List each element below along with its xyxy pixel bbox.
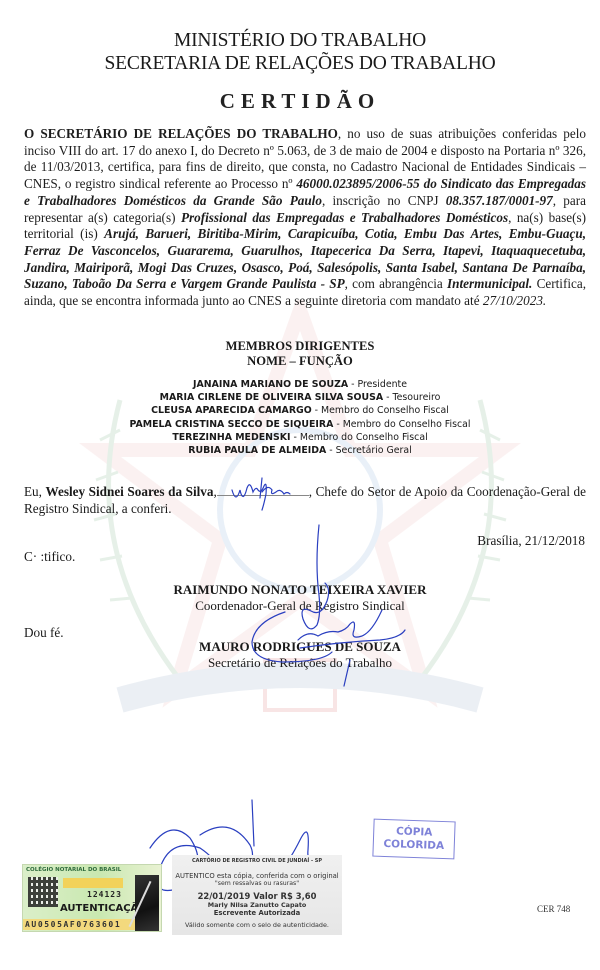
signer-2-name: MAURO RODRIGUES DE SOUZA [0,639,600,655]
member-name: JANAINA MARIANO DE SOUZA [193,379,348,390]
notary-header: CARTÓRIO DE REGISTRO CIVIL DE JUNDIAÍ - … [172,858,342,864]
notary-footer: Válido somente com o selo de autenticida… [172,921,342,929]
member-row: JANAINA MARIANO DE SOUZA - Presidente [0,378,600,391]
signer-1-role: Coordenador-Geral de Registro Sindical [0,598,600,614]
member-name: CLEUSA APARECIDA CAMARGO [151,405,312,416]
verifier-signature-line [217,483,309,496]
member-role: - Membro do Conselho Fiscal [333,419,470,430]
certifico-text: C· :tifico. [24,549,75,565]
member-role: - Tesoureiro [383,392,440,403]
member-name: RUBIA PAULA DE ALMEIDA [188,445,326,456]
member-row: TEREZINHA MEDENSKI - Membro do Conselho … [0,431,600,444]
member-role: - Membro do Conselho Fiscal [312,405,449,416]
seal-banner [63,878,123,888]
place-date: Brasília, 21/12/2018 [477,533,585,549]
cnpj: 08.357.187/0001-97 [446,193,553,208]
authentication-seal: COLÉGIO NOTARIAL DO BRASIL 124123 AUTENT… [22,864,162,932]
document-title: CERTIDÃO [0,89,600,114]
copy-color-stamp: CÓPIA COLORIDA [372,819,455,860]
verification-statement: Eu, Wesley Sidnei Soares da Silva,, Chef… [24,483,586,517]
verification-prefix: Eu, [24,484,46,499]
member-role: - Membro do Conselho Fiscal [291,432,428,443]
secretariat-heading: SECRETARIA DE RELAÇÕES DO TRABALHO [0,53,600,75]
seal-number: 124123 [87,890,122,899]
notary-line-1: AUTENTICO esta cópia, conferida com o or… [172,872,342,880]
stamp-line-2: COLORIDA [374,838,454,854]
signer-2-role: Secretário de Relações do Trabalho [0,655,600,671]
certificate-body: O SECRETÁRIO DE RELAÇÕES DO TRABALHO, no… [24,126,586,310]
notary-clerk-role: Escrevente Autorizada [172,909,342,917]
secretary-title: O SECRETÁRIO DE RELAÇÕES DO TRABALHO [24,126,338,141]
notary-stamp: CARTÓRIO DE REGISTRO CIVIL DE JUNDIAÍ - … [172,855,342,935]
seal-code: AU0505AF0763601 [23,919,137,930]
notary-clerk: Marly Nilsa Zanutto Capato [172,901,342,909]
member-name: TEREZINHA MEDENSKI [172,432,290,443]
member-role: - Secretário Geral [326,445,411,456]
notary-date-value: 22/01/2019 Valor R$ 3,60 [172,891,342,901]
document-code: CER 748 [537,904,570,914]
seal-header: COLÉGIO NOTARIAL DO BRASIL [26,867,121,873]
mandate-date: 27/10/2023. [483,293,546,308]
verifier-name: Wesley Sidnei Soares da Silva [46,484,214,499]
qr-code-icon [28,877,58,907]
member-row: RUBIA PAULA DE ALMEIDA - Secretário Gera… [0,444,600,457]
body-text-b: , inscrição no CNPJ [322,193,446,208]
members-heading: MEMBROS DIRIGENTES [0,339,600,354]
coat-of-arms-watermark [60,300,540,760]
member-name: MARIA CIRLENE DE OLIVEIRA SILVA SOUSA [160,392,383,403]
signer-1-name: RAIMUNDO NONATO TEIXEIRA XAVIER [0,582,600,598]
member-row: MARIA CIRLENE DE OLIVEIRA SILVA SOUSA - … [0,391,600,404]
hologram-icon [135,875,159,931]
notary-line-2: "sem ressalvas ou rasuras" [172,880,342,887]
category: Profissional das Empregadas e Trabalhado… [181,210,508,225]
members-subheading: NOME – FUNÇÃO [0,354,600,369]
member-role: - Presidente [348,379,407,390]
ministry-heading: MINISTÉRIO DO TRABALHO [0,30,600,52]
member-name: PAMELA CRISTINA SECCO DE SIQUEIRA [129,419,333,430]
member-row: PAMELA CRISTINA SECCO DE SIQUEIRA - Memb… [0,418,600,431]
member-row: CLEUSA APARECIDA CAMARGO - Membro do Con… [0,404,600,417]
body-text-e: , com abrangência [345,276,447,291]
members-list: JANAINA MARIANO DE SOUZA - Presidente MA… [0,378,600,457]
scope: Intermunicipal. [447,276,532,291]
certificate-page: MINISTÉRIO DO TRABALHO SECRETARIA DE REL… [0,0,600,970]
